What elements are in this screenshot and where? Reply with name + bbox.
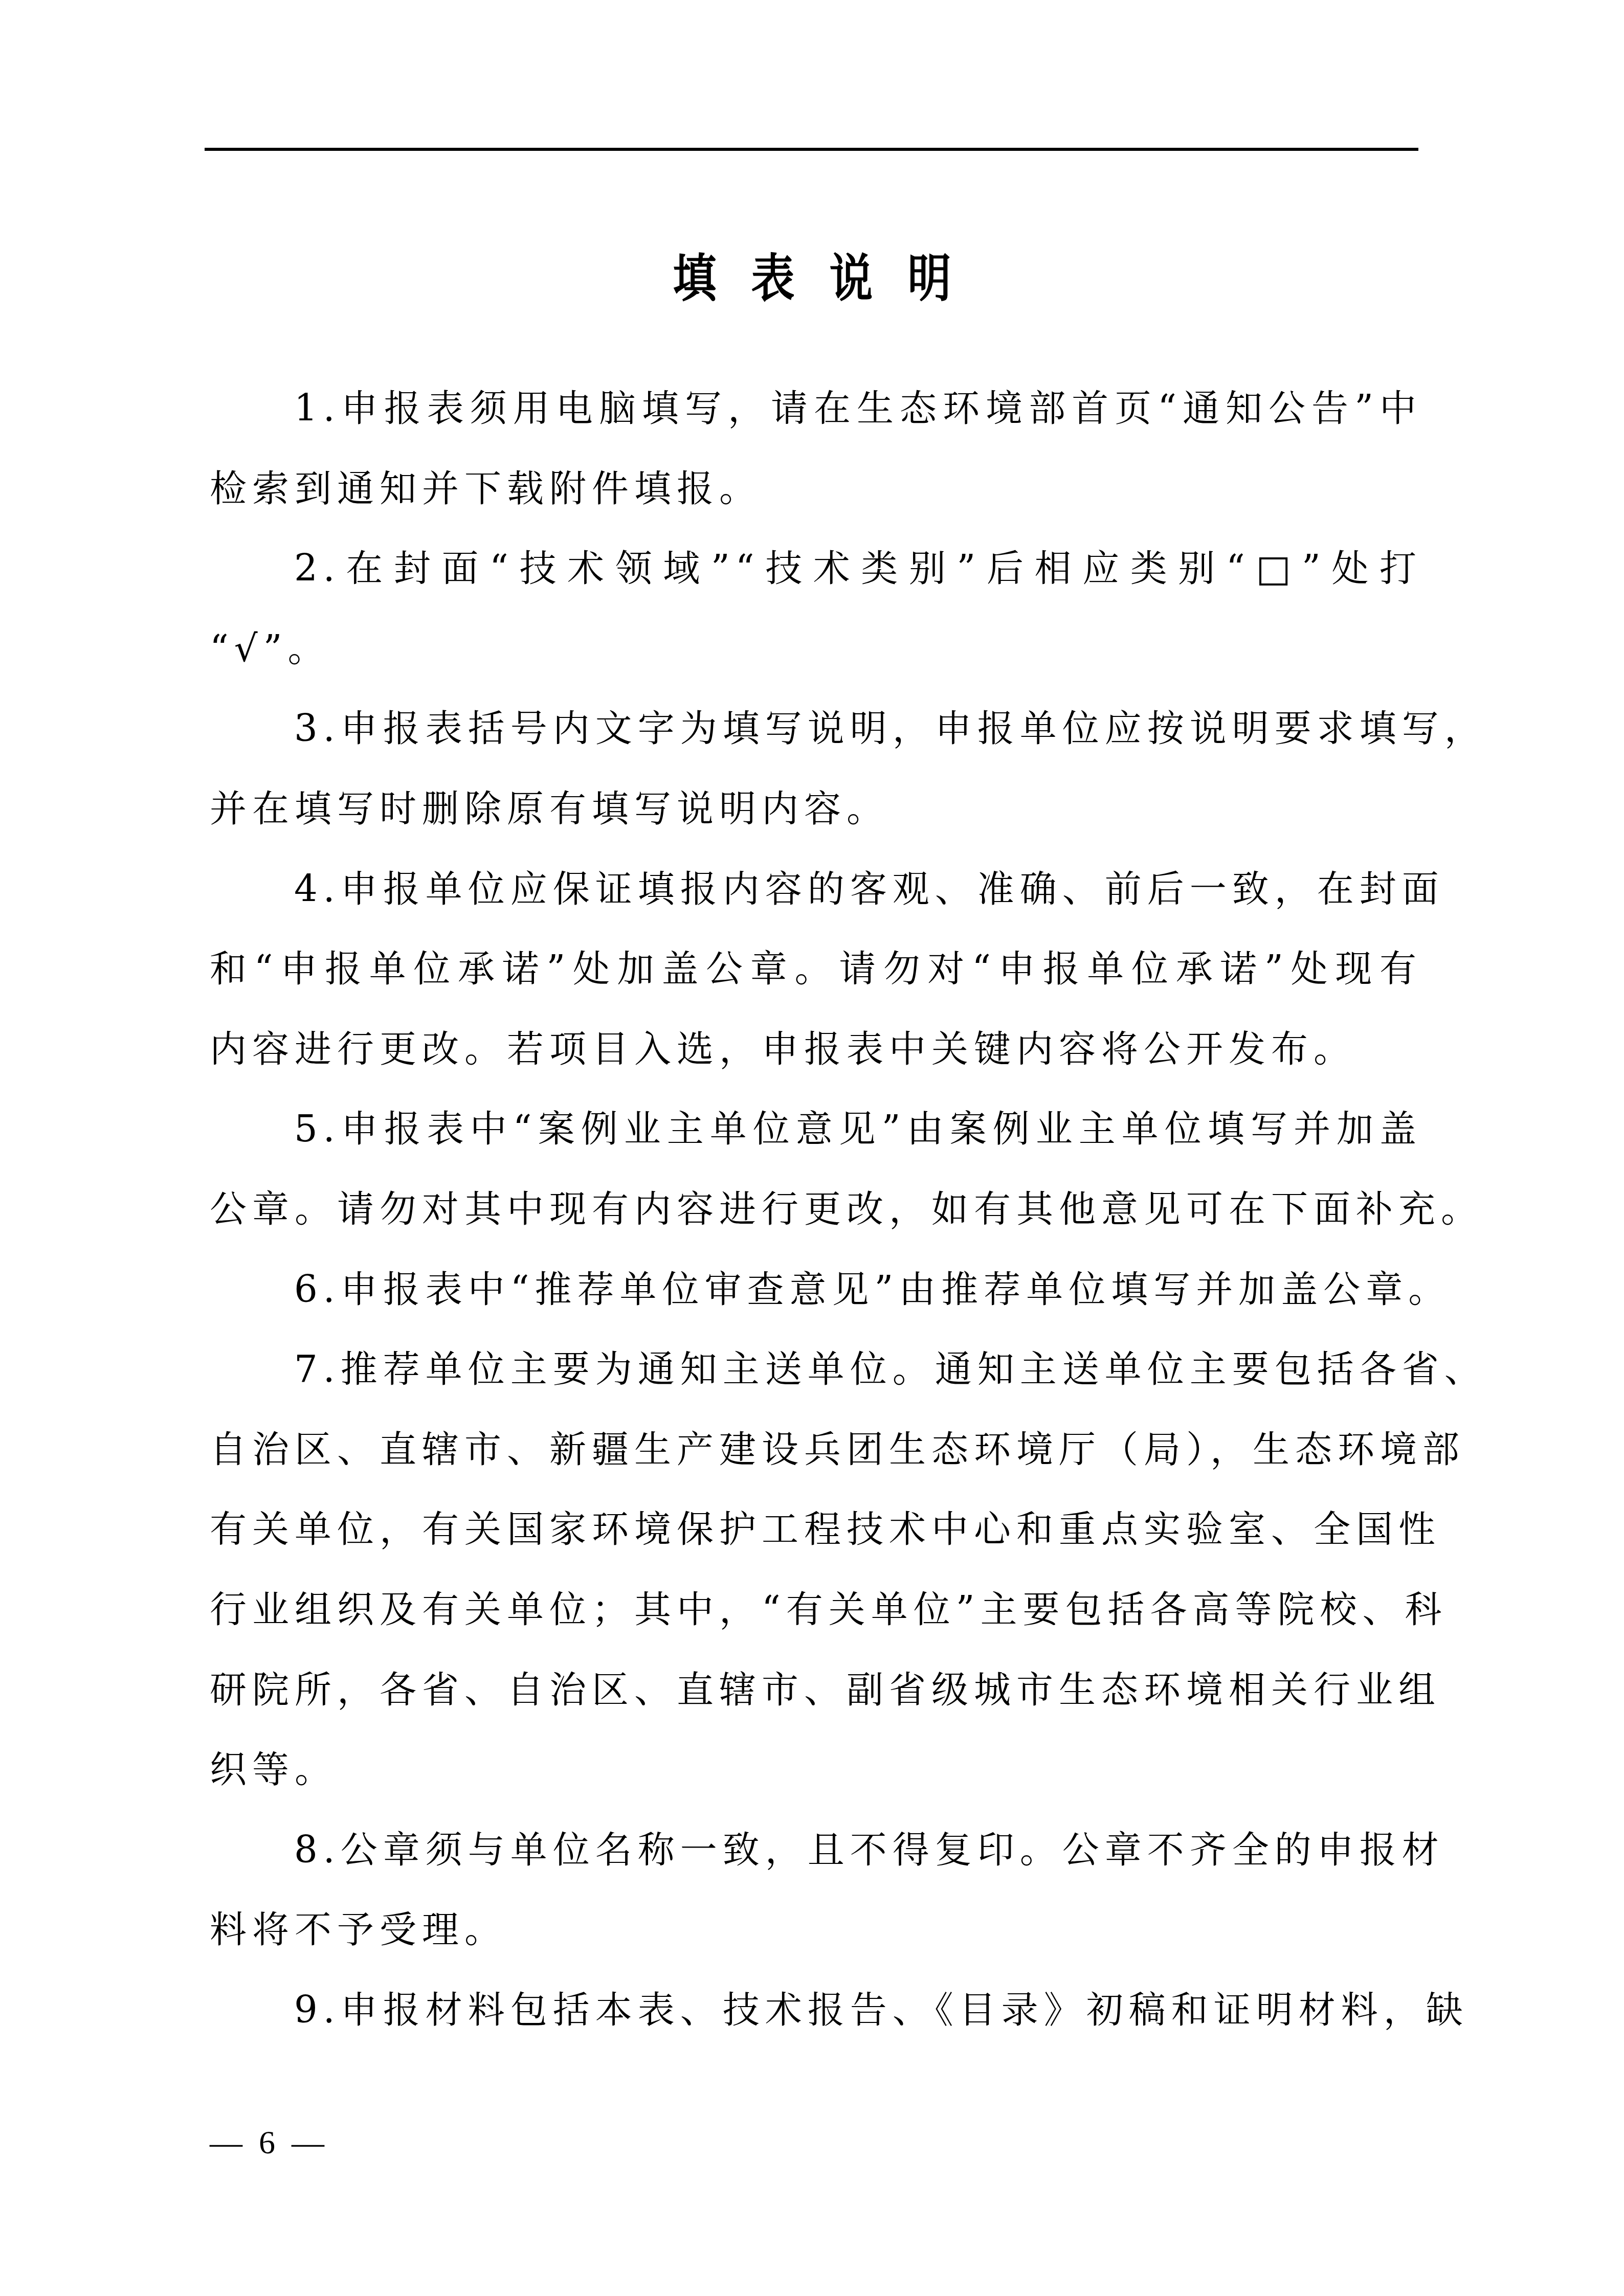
paragraph-line: 4.申报单位应保证填报内容的客观、准确、前后一致，在封面 (210, 849, 1422, 929)
paragraph-3: 3.申报表括号内文字为填写说明，申报单位应按说明要求填写， 并在填写时删除原有填… (210, 688, 1422, 848)
paragraph-line: 和“申报单位承诺”处加盖公章。请勿对“申报单位承诺”处现有 (210, 929, 1422, 1009)
paragraph-line: 公章。请勿对其中现有内容进行更改，如有其他意见可在下面补充。 (210, 1169, 1422, 1249)
paragraph-line: 内容进行更改。若项目入选，申报表中关键内容将公开发布。 (210, 1009, 1422, 1089)
paragraph-6: 6.申报表中“推荐单位审查意见”由推荐单位填写并加盖公章。 (210, 1249, 1422, 1330)
paragraph-line: 有关单位，有关国家环境保护工程技术中心和重点实验室、全国性 (210, 1489, 1422, 1569)
paragraph-line: 2.在封面“技术领域”“技术类别”后相应类别“□”处打 (210, 528, 1422, 609)
paragraph-line: 织等。 (210, 1729, 1422, 1810)
paragraph-4: 4.申报单位应保证填报内容的客观、准确、前后一致，在封面 和“申报单位承诺”处加… (210, 849, 1422, 1089)
paragraph-line: 检索到通知并下载附件填报。 (210, 448, 1422, 529)
paragraph-line: 1.申报表须用电脑填写，请在生态环境部首页“通知公告”中 (210, 368, 1422, 448)
page-number: — 6 — (210, 2120, 324, 2166)
paragraph-line: 自治区、直辖市、新疆生产建设兵团生态环境厅（局），生态环境部 (210, 1409, 1422, 1490)
paragraph-5: 5.申报表中“案例业主单位意见”由案例业主单位填写并加盖 公章。请勿对其中现有内… (210, 1089, 1422, 1249)
paragraph-7: 7.推荐单位主要为通知主送单位。通知主送单位主要包括各省、 自治区、直辖市、新疆… (210, 1329, 1422, 1810)
paragraph-line: 料将不予受理。 (210, 1889, 1422, 1970)
paragraph-line: 3.申报表括号内文字为填写说明，申报单位应按说明要求填写， (210, 688, 1422, 769)
paragraph-line: 研院所，各省、自治区、直辖市、副省级城市生态环境相关行业组 (210, 1650, 1422, 1730)
header-rule (205, 148, 1418, 151)
paragraph-line: 6.申报表中“推荐单位审查意见”由推荐单位填写并加盖公章。 (210, 1249, 1422, 1330)
paragraph-line: 5.申报表中“案例业主单位意见”由案例业主单位填写并加盖 (210, 1089, 1422, 1169)
paragraph-line: 并在填写时删除原有填写说明内容。 (210, 769, 1422, 849)
paragraph-2: 2.在封面“技术领域”“技术类别”后相应类别“□”处打 “√”。 (210, 528, 1422, 688)
paragraph-line: 7.推荐单位主要为通知主送单位。通知主送单位主要包括各省、 (210, 1329, 1422, 1409)
paragraph-line: 行业组织及有关单位；其中，“有关单位”主要包括各高等院校、科 (210, 1569, 1422, 1650)
paragraph-line: “√”。 (210, 609, 1422, 689)
page-title: 填表说明 (122, 245, 1502, 312)
paragraph-9: 9.申报材料包括本表、技术报告、《目录》初稿和证明材料，缺 (210, 1970, 1422, 2050)
paragraph-line: 9.申报材料包括本表、技术报告、《目录》初稿和证明材料，缺 (210, 1970, 1422, 2050)
paragraph-line: 8.公章须与单位名称一致，且不得复印。公章不齐全的申报材 (210, 1810, 1422, 1890)
paragraph-1: 1.申报表须用电脑填写，请在生态环境部首页“通知公告”中 检索到通知并下载附件填… (210, 368, 1422, 528)
instructions-body: 1.申报表须用电脑填写，请在生态环境部首页“通知公告”中 检索到通知并下载附件填… (210, 368, 1422, 2050)
paragraph-8: 8.公章须与单位名称一致，且不得复印。公章不齐全的申报材 料将不予受理。 (210, 1810, 1422, 1970)
